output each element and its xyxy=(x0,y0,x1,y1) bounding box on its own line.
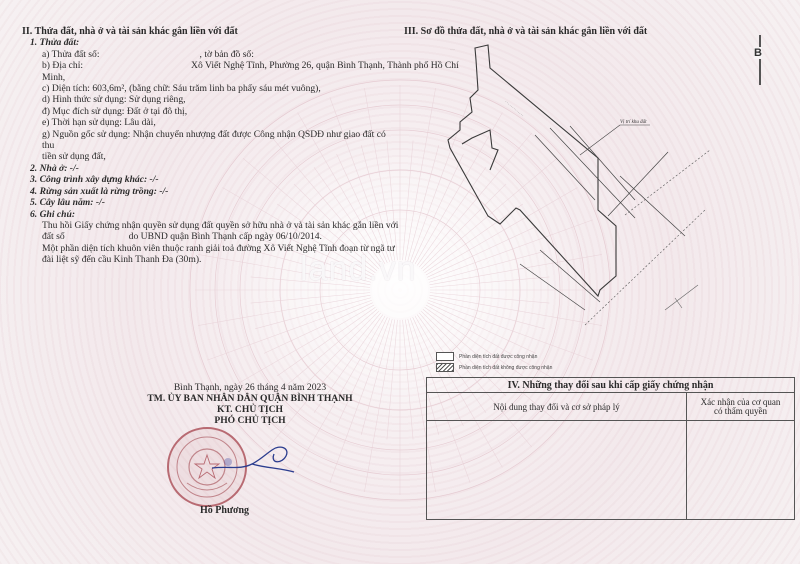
item5-perennial-trees: 5. Cây lâu năm: -/- xyxy=(22,197,400,208)
change-content-cell xyxy=(427,421,687,520)
column-header-change-content: Nội dung thay đổi và cơ sở pháp lý xyxy=(427,393,687,421)
section3-heading: III. Sơ đồ thửa đất, nhà ở và tài sản kh… xyxy=(404,26,647,37)
section4-heading: IV. Những thay đổi sau khi cấp giấy chứn… xyxy=(427,378,795,393)
item6-notes-title: 6. Ghi chú: xyxy=(22,209,400,220)
plot-diagram: ····· - - - - - - - - - - - - - Vị trí k… xyxy=(420,40,780,340)
svg-text:- - - - - - - - - - - - -: - - - - - - - - - - - - - xyxy=(504,100,524,118)
certificate-page: land.vn II. Thửa đất, nhà ở và tài sản k… xyxy=(0,0,800,564)
section-land-info: II. Thửa đất, nhà ở và tài sản khác gắn … xyxy=(22,26,400,266)
note-1-cert-label: đất số xyxy=(42,231,65,242)
address-continued: Minh, xyxy=(22,72,400,83)
signature-icon xyxy=(210,440,300,480)
svg-text:·····: ····· xyxy=(450,47,455,51)
note-2: Một phần diện tích khuôn viên thuộc ranh… xyxy=(22,243,400,254)
on-behalf-title: KT. CHỦ TỊCH xyxy=(120,404,380,415)
address-value: Xô Viết Nghệ Tĩnh, Phường 26, quận Bình … xyxy=(191,60,459,71)
column-header-authority-confirmation: Xác nhận của cơ quan có thẩm quyền xyxy=(687,393,795,421)
signer-role: PHÓ CHỦ TỊCH xyxy=(120,415,380,426)
usage-purpose-row: đ) Mục đích sử dụng: Đất ở tại đô thị, xyxy=(22,106,400,117)
blank-box-icon xyxy=(436,352,454,361)
note-1-issuer: do UBND quận Bình Thạnh cấp ngày 06/10/2… xyxy=(129,231,322,242)
usage-form-row: d) Hình thức sử dụng: Sử dụng riêng, xyxy=(22,94,400,105)
authority-confirmation-cell xyxy=(687,421,795,520)
item3-other-construction: 3. Công trình xây dựng khác: -/- xyxy=(22,174,400,185)
map-sheet-label: , tờ bản đồ số: xyxy=(200,49,254,60)
plot-number-row: a) Thửa đất số:, tờ bản đồ số: xyxy=(22,49,400,60)
note-2-continued: đài liệt sỹ đến cầu Kinh Thanh Đa (30m). xyxy=(22,254,400,265)
section2-heading: II. Thửa đất, nhà ở và tài sản khác gắn … xyxy=(22,26,400,37)
legend-item-not-recognized: Phần diện tích đất không được công nhận xyxy=(436,362,552,373)
legend-label: Phần diện tích đất không được công nhận xyxy=(459,365,552,371)
note-1-continued: đất sốdo UBND quận Bình Thạnh cấp ngày 0… xyxy=(22,231,400,242)
signer-name: Hồ Phương xyxy=(200,505,249,516)
item1-title: 1. Thửa đất: xyxy=(22,37,400,48)
column-header-line2: có thẩm quyền xyxy=(687,407,794,416)
item2-house: 2. Nhà ở: -/- xyxy=(22,163,400,174)
address-label: b) Địa chỉ: xyxy=(42,60,83,71)
address-row: b) Địa chỉ:Xô Viết Nghệ Tĩnh, Phường 26,… xyxy=(22,60,400,71)
legend: Phần diện tích đất được công nhận Phần d… xyxy=(436,351,552,373)
item4-production-forest: 4. Rừng sản xuất là rừng trồng: -/- xyxy=(22,186,400,197)
changes-table: IV. Những thay đổi sau khi cấp giấy chứn… xyxy=(426,377,795,520)
area-row: c) Diện tích: 603,6m², (bằng chữ: Sáu tr… xyxy=(22,83,400,94)
plot-number-label: a) Thửa đất số: xyxy=(42,49,100,60)
place-date: Bình Thạnh, ngày 26 tháng 4 năm 2023 xyxy=(120,382,380,393)
legend-label: Phần diện tích đất được công nhận xyxy=(459,354,537,360)
hatched-box-icon xyxy=(436,363,454,372)
legend-item-recognized: Phần diện tích đất được công nhận xyxy=(436,351,552,362)
usage-origin-continued: tiền sử dụng đất, xyxy=(22,151,400,162)
location-label: Vị trí khu đất xyxy=(620,120,647,125)
issuing-organization: TM. ỦY BAN NHÂN DÂN QUẬN BÌNH THẠNH xyxy=(120,393,380,404)
usage-origin-row: g) Nguồn gốc sử dụng: Nhận chuyển nhượng… xyxy=(22,129,400,152)
signature-block: Bình Thạnh, ngày 26 tháng 4 năm 2023 TM.… xyxy=(120,382,380,426)
note-1: Thu hồi Giấy chứng nhận quyền sử dụng đấ… xyxy=(22,220,400,231)
usage-term-row: e) Thời hạn sử dụng: Lâu dài, xyxy=(22,117,400,128)
